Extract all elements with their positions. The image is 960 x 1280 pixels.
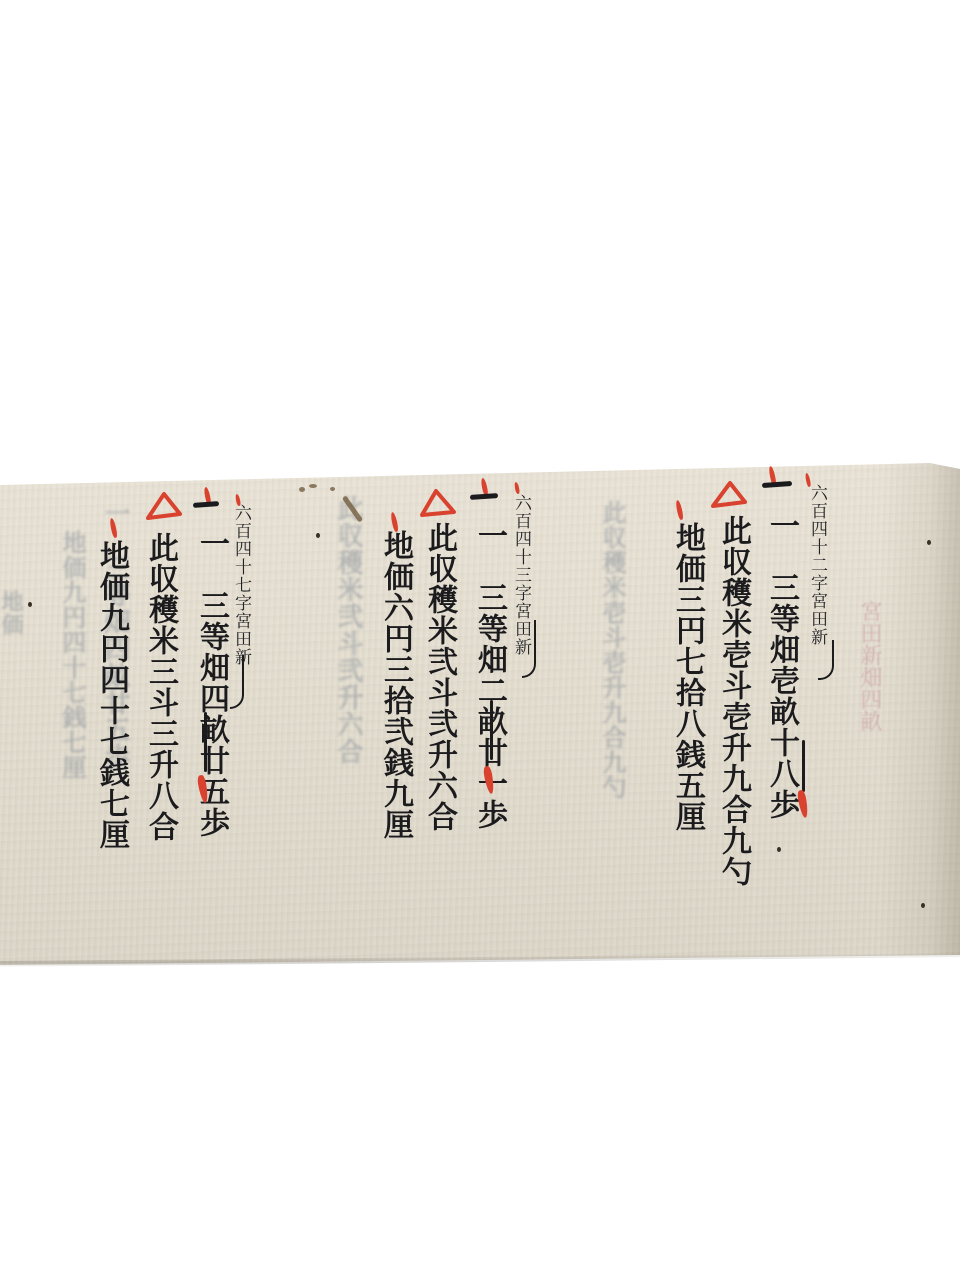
entry-header: 六百四十七字宮田新 [232, 504, 249, 666]
entry-line-yield: 此収穫米壱斗壱升九合九勺 [718, 515, 748, 887]
entry-line-land-value: 地価三円七拾八銭五厘 [672, 522, 702, 832]
paper-speck [316, 533, 320, 538]
paper-speck [28, 602, 32, 607]
entry-line-land-value: 地価六円三拾弐銭九厘 [380, 530, 410, 840]
long-stroke [490, 700, 493, 760]
ink-stain [309, 484, 317, 488]
entry-line-yield: 此収穫米三斗三升八合 [145, 532, 175, 842]
bleed-through-text: 地価九円四十七銭七厘 [60, 530, 84, 780]
header-flourish [230, 655, 244, 709]
bleed-through-text: 地価 [0, 590, 22, 636]
paper-speck [927, 540, 931, 545]
long-stroke [802, 740, 805, 792]
entry-line-yield: 此収穫米弐斗弐升六合 [424, 522, 454, 832]
entry-line-land-value: 地価九円四十七銭七厘 [96, 540, 126, 850]
ink-stain [299, 487, 305, 492]
red-triangle-mark [418, 488, 458, 518]
bleed-through-text: 此収穫米壱斗壱升九合九勺 [600, 500, 624, 800]
faded-seal: 宮田新畑四畝 [858, 600, 880, 732]
paper-speck [777, 847, 781, 852]
bleed-through-text: 此収穫米弐斗弐升六合 [335, 495, 361, 765]
entry-header: 六百四十二字宮田新 [808, 484, 825, 646]
paper-speck [921, 903, 925, 908]
ink-stain [330, 487, 335, 491]
long-stroke [204, 712, 207, 772]
red-triangle-mark [708, 480, 748, 510]
red-triangle-mark [142, 490, 182, 520]
entry-line-parcel: 一 三等畑壱畝十八歩 [766, 510, 796, 820]
photo-stage: 一 三等畑四畝廿五歩 地価九円四十七銭七厘 此収穫米弐斗弐升六合 此収穫米壱斗壱… [0, 0, 960, 1280]
header-flourish [522, 620, 536, 678]
